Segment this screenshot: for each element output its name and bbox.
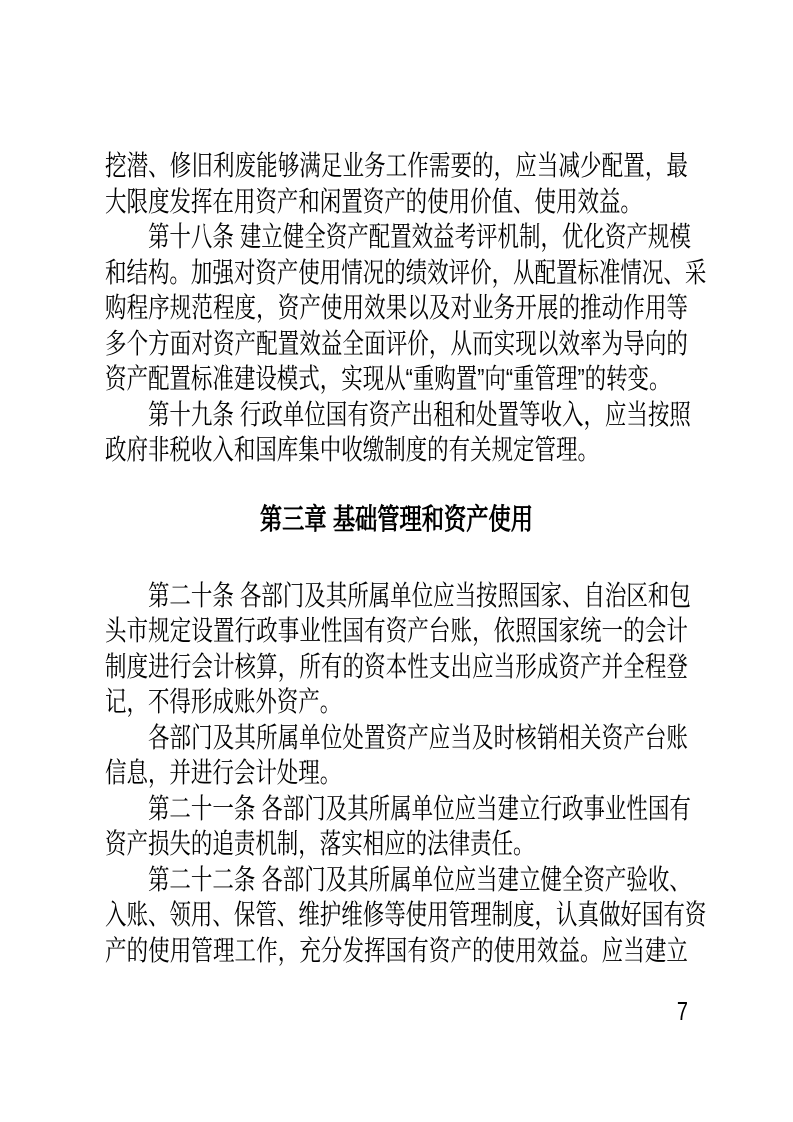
text-line: 记，不得形成账外资产。 [105, 684, 688, 720]
text-line: 入账、领用、保管、维护维修等使用管理制度，认真做好国有资 [105, 897, 688, 933]
document-page: 挖潜、修旧利废能够满足业务工作需要的，应当减少配置，最大限度发挥在用资产和闲置资… [0, 0, 793, 1122]
paragraph: 第二十二条 各部门及其所属单位应当建立健全资产验收、入账、领用、保管、维护维修等… [105, 862, 688, 969]
text-line: 第二十二条 各部门及其所属单位应当建立健全资产验收、 [105, 862, 688, 898]
text-line: 多个方面对资产配置效益全面评价，从而实现以效率为导向的 [105, 326, 688, 362]
text-line: 第十九条 行政单位国有资产出租和处置等收入，应当按照 [105, 397, 688, 433]
page-number: 7 [105, 998, 688, 1024]
text-column: 挖潜、修旧利废能够满足业务工作需要的，应当减少配置，最大限度发挥在用资产和闲置资… [105, 148, 688, 1024]
chapter-heading: 第三章 基础管理和资产使用 [105, 502, 688, 538]
text-line: 第二十条 各部门及其所属单位应当按照国家、自治区和包 [105, 578, 688, 614]
text-line: 资产损失的追责机制，落实相应的法律责任。 [105, 826, 688, 862]
text-line: 头市规定设置行政事业性国有资产台账，依照国家统一的会计 [105, 613, 688, 649]
text-line: 信息，并进行会计处理。 [105, 755, 688, 791]
text-line: 政府非税收入和国库集中收缴制度的有关规定管理。 [105, 432, 688, 468]
paragraph: 第二十一条 各部门及其所属单位应当建立行政事业性国有资产损失的追责机制，落实相应… [105, 791, 688, 862]
text-line: 和结构。加强对资产使用情况的绩效评价，从配置标准情况、采 [105, 255, 688, 291]
paragraph: 第十八条 建立健全资产配置效益考评机制，优化资产规模和结构。加强对资产使用情况的… [105, 219, 688, 397]
document-body: 挖潜、修旧利废能够满足业务工作需要的，应当减少配置，最大限度发挥在用资产和闲置资… [105, 148, 688, 968]
text-line: 第十八条 建立健全资产配置效益考评机制，优化资产规模 [105, 219, 688, 255]
text-line: 购程序规范程度，资产使用效果以及对业务开展的推动作用等 [105, 290, 688, 326]
paragraph: 第二十条 各部门及其所属单位应当按照国家、自治区和包头市规定设置行政事业性国有资… [105, 578, 688, 720]
text-line: 各部门及其所属单位处置资产应当及时核销相关资产台账 [105, 720, 688, 756]
text-line: 挖潜、修旧利废能够满足业务工作需要的，应当减少配置，最 [105, 148, 688, 184]
paragraph: 挖潜、修旧利废能够满足业务工作需要的，应当减少配置，最大限度发挥在用资产和闲置资… [105, 148, 688, 219]
text-line: 产的使用管理工作，充分发挥国有资产的使用效益。应当建立 [105, 933, 688, 969]
paragraph: 各部门及其所属单位处置资产应当及时核销相关资产台账信息，并进行会计处理。 [105, 720, 688, 791]
paragraph: 第十九条 行政单位国有资产出租和处置等收入，应当按照政府非税收入和国库集中收缴制… [105, 397, 688, 468]
text-line: 第二十一条 各部门及其所属单位应当建立行政事业性国有 [105, 791, 688, 827]
text-line: 大限度发挥在用资产和闲置资产的使用价值、使用效益。 [105, 184, 688, 220]
text-line: 资产配置标准建设模式，实现从“重购置”向“重管理”的转变。 [105, 361, 688, 397]
text-line: 制度进行会计核算，所有的资本性支出应当形成资产并全程登 [105, 649, 688, 685]
